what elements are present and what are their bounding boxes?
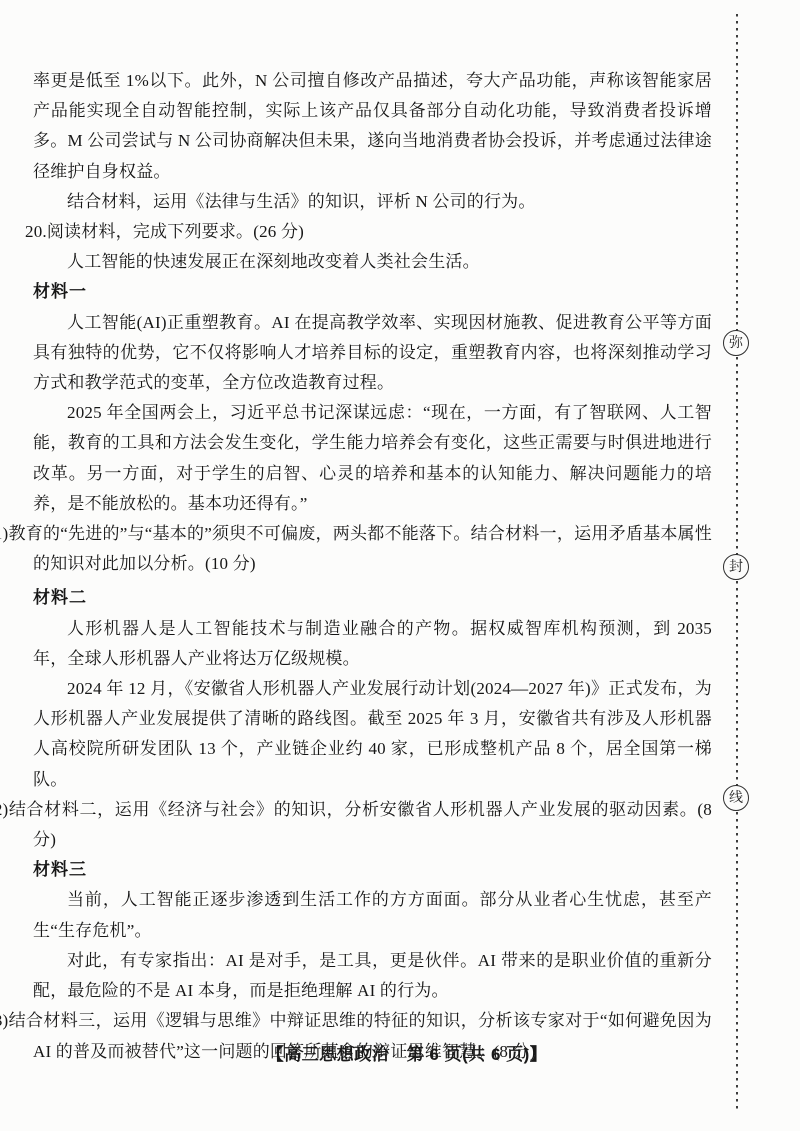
material-3-header: 材料三 (33, 855, 712, 885)
material-3-paragraph-1: 当前，人工智能正逐步渗透到生活工作的方方面面。部分从业者心生忧虑，甚至产生“生存… (33, 885, 712, 945)
sub-question-1: (1)教育的“先进的”与“基本的”须臾不可偏废，两头都不能落下。结合材料一，运用… (33, 519, 712, 579)
material-1-header: 材料一 (33, 277, 712, 307)
material-1-paragraph-2: 2025 年全国两会上，习近平总书记深谋远虑：“现在，一方面，有了智联网、人工智… (33, 398, 712, 519)
exam-page-scan: 率更是低至 1%以下。此外，N 公司擅自修改产品描述，夸大产品功能，声称该智能家… (0, 0, 800, 1131)
seal-mark-mi: 弥 (723, 330, 749, 356)
exam-text-column: 率更是低至 1%以下。此外，N 公司擅自修改产品描述，夸大产品功能，声称该智能家… (33, 66, 712, 1067)
page-footer: 【高三思想政治 第 6 页(共 6 页)】 (0, 1040, 800, 1065)
q19-task-prompt: 结合材料，运用《法律与生活》的知识，评析 N 公司的行为。 (33, 187, 712, 217)
q19-material-continuation: 率更是低至 1%以下。此外，N 公司擅自修改产品描述，夸大产品功能，声称该智能家… (33, 66, 712, 187)
material-2-paragraph-2: 2024 年 12 月，《安徽省人形机器人产业发展行动计划(2024—2027 … (33, 674, 712, 795)
question-20-stem: 20.阅读材料，完成下列要求。(26 分) (33, 217, 712, 247)
material-1-paragraph-1: 人工智能(AI)正重塑教育。AI 在提高教学效率、实现因材施教、促进教育公平等方… (33, 308, 712, 399)
material-3-paragraph-2: 对此，有专家指出：AI 是对手，是工具，更是伙伴。AI 带来的是职业价值的重新分… (33, 946, 712, 1006)
sub-question-2: (2)结合材料二，运用《经济与社会》的知识，分析安徽省人形机器人产业发展的驱动因… (33, 795, 712, 855)
seal-mark-feng: 封 (723, 554, 749, 580)
seal-mark-xian: 线 (723, 785, 749, 811)
question-20-intro: 人工智能的快速发展正在深刻地改变着人类社会生活。 (33, 247, 712, 277)
material-2-header: 材料二 (33, 583, 712, 613)
material-2-paragraph-1: 人形机器人是人工智能技术与制造业融合的产物。据权威智库机构预测，到 2035 年… (33, 614, 712, 674)
